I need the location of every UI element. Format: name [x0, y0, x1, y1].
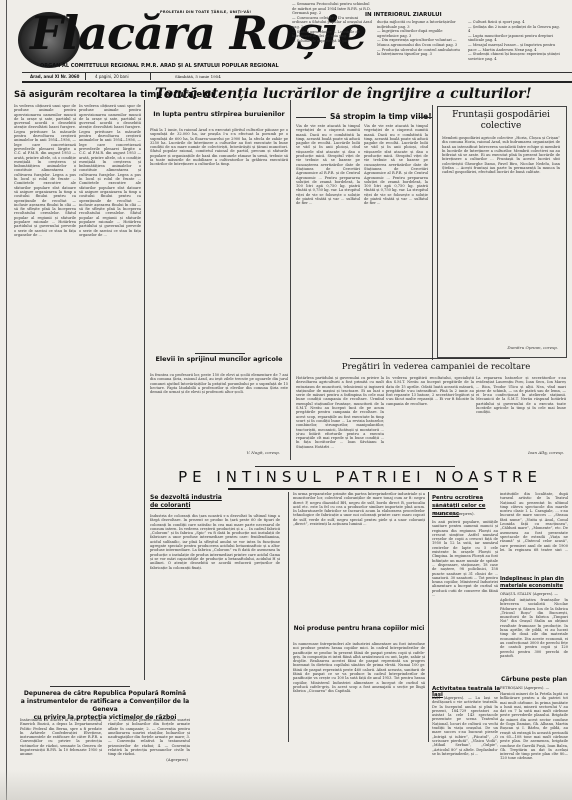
index-item[interactable]: — Mesajul mareșal Ivanov... și împotriva… [468, 43, 560, 52]
title-rule-left [296, 117, 326, 118]
index-item[interactable]: — Convocarea celei de a II-a sesiuni ord… [292, 16, 374, 30]
page-bottom-edge [0, 770, 572, 800]
index-column-2: ducția mijlocită cu legume a întovărășir… [377, 20, 461, 57]
index-item[interactable]: — Schimb de experiență în pro- [292, 39, 374, 44]
section-banner: PE INTINSUL PATRIEI NOASTRE [150, 468, 570, 486]
article-body-economisire: Aplicînd inițiativa fruntașilor în între… [500, 598, 568, 666]
index-heading: IN INTERIORUL ZIARULUI [365, 12, 442, 18]
index-item[interactable]: — Ședința din 2 iunie a ședinței de la G… [468, 25, 560, 34]
source-geneva: (Agerpres) [108, 757, 188, 762]
article-body-pregatiri-col3: La repararea batozelor și secerătorilor … [476, 376, 566, 446]
price-divider [150, 73, 151, 80]
column-rule [288, 492, 289, 742]
article-body-geneva-col2: 1. — Convenția pentru ameliorarea soarte… [108, 718, 190, 758]
article-body-buruieni: Pînă la 1 iunie, în raionul Arad s-a exe… [150, 128, 288, 348]
index-column-3: — Cultură fizică și sport pag. 4 — Ședin… [468, 20, 560, 61]
article-title-economisire: Indeplinesc în plan din materiale econom… [500, 576, 568, 590]
section-banner-rule [255, 466, 455, 467]
article-body-elevii: In fruntea cu profesorii lor, peste 150 … [150, 373, 288, 453]
index-item[interactable]: — Lupta muncitorilor japonezi pentru dre… [468, 34, 560, 43]
column-rule [432, 105, 433, 360]
article-body-furaje-col1: In vederea obținerii unui spor de produs… [14, 104, 76, 670]
article-title-vii: Să stropim la timp viile! [330, 112, 432, 121]
title-rule-right [420, 117, 432, 118]
index-item[interactable]: — Îngrijirea culturilor după regulile ag… [377, 29, 461, 38]
edition-divider [85, 73, 86, 80]
issue-date: Sâmbătă, 5 iunie 1954 [175, 74, 221, 79]
article-title-pregatiri: Pregătiri în vederea campaniei de recolt… [300, 362, 572, 372]
signature-fruntasii: Dumitru Oprean, coresp. [442, 345, 558, 350]
article-body-teatru: instituțiile din localitate, după turneu… [500, 492, 568, 552]
column-rule [428, 492, 429, 742]
index-item[interactable]: — Statuii agrotehnice — Lucrările de înt… [292, 30, 374, 39]
article-separator [195, 353, 245, 354]
index-item[interactable]: — Studenții chinezi își însușesc experie… [468, 52, 560, 61]
pages-and-price: 4 pagini, 20 bani [95, 74, 129, 79]
index-item[interactable]: — Producția ulcerului de control ambulat… [377, 48, 461, 57]
article-title-elevii: Elevii în sprijinul muncilor agricole [150, 355, 288, 363]
article-body-vii-col1: Via de vie este atacată în timpul vegeta… [296, 124, 360, 342]
newspaper-page: Flacăra Roșie PROLETARI DIN TOATE ȚĂRILE… [0, 0, 572, 800]
signature-pregatiri: Ioan Alky, coresp. [476, 450, 564, 455]
article-body-geneva-col1: Însărcinatul cu afaceri al R.P.R. în Elv… [20, 718, 102, 758]
article-separator [350, 358, 510, 359]
article-title-coloranti: Se dezvoltă industria de coloranți [150, 494, 230, 510]
index-item[interactable]: ducția mijlocită cu legume a întovărășir… [377, 20, 461, 29]
article-body-pregatiri-col1: Hotărîrea partidului și guvernului cu pr… [296, 376, 384, 458]
article-body-pregatiri-col2: In vederea pregătirii recoltatului, spec… [386, 376, 474, 458]
dateline-sanatate: PLOEȘTI (Agerpres). [432, 512, 498, 516]
masthead-subtitle: ORGAN AL COMITETULUI REGIONAL P.M.R. ARA… [40, 63, 279, 69]
article-title-carbune: Cărbune peste plan [500, 676, 568, 683]
dateline-carbune: PETROȘANI (Agerpres). — [500, 686, 568, 690]
article-body-fruntasii: Membrii gospodăriei agricole colective „… [442, 136, 560, 336]
article-body-vii-col2: Via de vie este atacată în timpul vegeta… [364, 124, 428, 342]
left-margin-line [6, 0, 7, 800]
article-body-activitate-teatrala: IAȘI (Agerpres). — La Iași se desfășoară… [432, 696, 498, 756]
dateline-economisire: ORAȘUL STALIN (Agerpres). — [500, 592, 568, 596]
index-column-1: — Semnarea Protocolului pentru schimbul … [292, 2, 374, 43]
column-rule [290, 100, 291, 460]
article-title-furaje: Să asigurăm recoltarea la timp a furajel… [14, 90, 215, 100]
article-body-coloranti-cont: In urma preparatelor primite din partea … [293, 492, 425, 622]
article-body-sanatate: In anii puterii populare, unitățile sani… [432, 520, 498, 670]
column-rule [144, 100, 145, 680]
index-item[interactable]: — Din experiența agricultorilor voluntar… [377, 38, 461, 47]
masthead-slogan: PROLETARI DIN TOATE ȚĂRILE, UNIȚI-VĂ! [160, 10, 251, 14]
index-item[interactable]: — Semnarea Protocolului pentru schimbul … [292, 2, 374, 16]
article-title-buruieni: In lupta pentru stîrpirea buruienilor [150, 110, 288, 118]
edition-number: Arad, anul XI Nr. 3060 [30, 74, 79, 79]
article-body-furaje-col2: In vederea obținerii unui spor de produs… [79, 104, 141, 670]
title-line: Depunerea de către Republica Populară Ro… [10, 690, 200, 698]
article-body-hrana: In numeroase întreprinderi ale industrie… [293, 642, 425, 742]
article-separator [50, 686, 130, 687]
section-banner-underline [228, 488, 478, 490]
masthead-rule-bottom [22, 81, 572, 83]
signature-elevii: V. Nagit, coresp. [150, 450, 280, 455]
masthead-rule-top [22, 72, 572, 73]
title-line: a instrumentelor de ratificare a Convenț… [10, 698, 200, 714]
article-title-fruntasii: Fruntașii gospodăriei colective [440, 110, 562, 132]
article-title-hrana: Noi produse pentru hrana copiilor mici [293, 625, 425, 633]
article-body-carbune: Harnicii mineri de la Petrila luptă cu î… [500, 692, 568, 764]
